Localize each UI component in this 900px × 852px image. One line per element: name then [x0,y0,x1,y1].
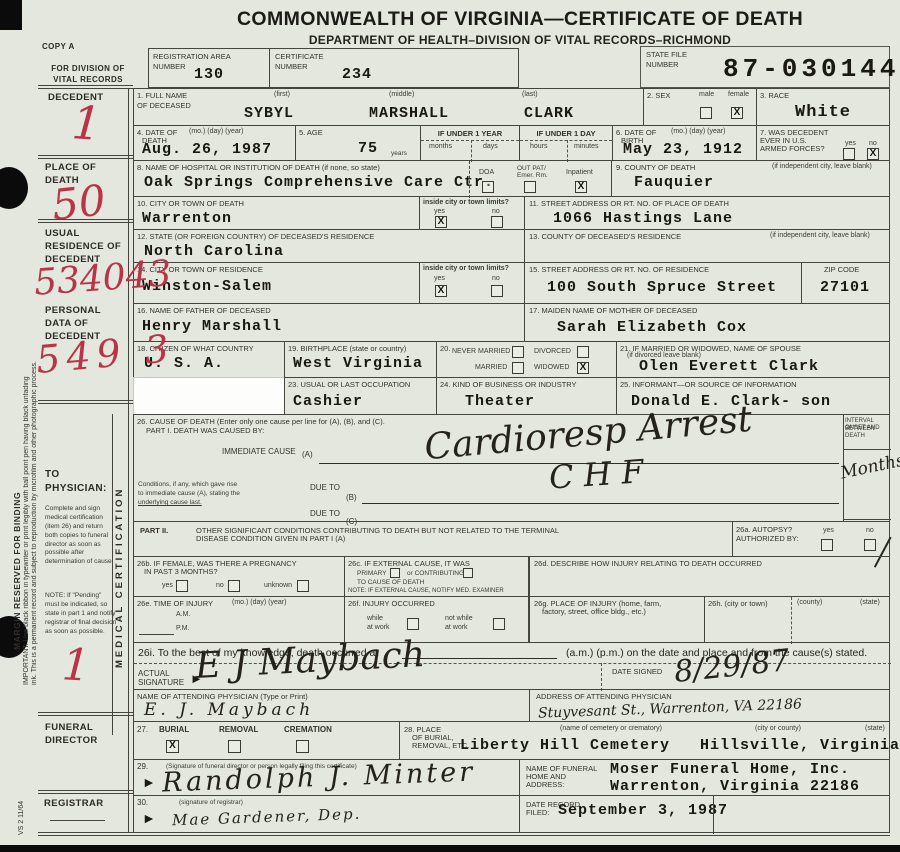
field-label: ADDRESS OF ATTENDING PHYSICIAN [536,692,672,702]
field-label: 26e. TIME OF INJURY [137,599,213,609]
field-funeral-home: NAME OF FUNERAL HOME AND ADDRESS: Moser … [519,759,890,796]
sidebar-to-physician: TO PHYSICIAN: [45,468,115,495]
field-sex: 2. SEX male female X [643,88,757,126]
field-race: 3. RACE White [756,88,890,126]
sublabel-at-work: at work [367,624,390,632]
page-title: COMMONWEALTH OF VIRGINIA—CERTIFICATE OF … [150,8,890,31]
value-birthplace: West Virginia [293,355,423,372]
check-mark: X [868,148,878,159]
divider [38,219,133,223]
checkbox-yes-checked: X [435,285,447,297]
state-file-value: 87-030144 [723,54,899,84]
checkbox-divorced [577,346,589,358]
divider [38,85,133,89]
field-label-2: factory, street, office bldg., etc.) [542,607,646,617]
field-label: 16. NAME OF FATHER OF DECEASED [137,306,271,316]
blank-line [402,658,557,659]
field-blank-whited-out [133,377,285,415]
sublabel-limits: inside city or town limits? [423,265,509,273]
checkbox-doa [482,181,494,193]
value-industry: Theater [465,393,535,410]
value-first-name: SYBYL [244,105,294,122]
field-label: 19. BIRTHPLACE (state or country) [288,344,406,354]
field-place-of-burial: 28. PLACE OF BURIAL, REMOVAL, ETC. (name… [399,721,890,760]
value-date-of-death: Aug. 26, 1987 [142,141,272,158]
field-full-name: 1. FULL NAME OF DECEASED (first) (middle… [133,88,644,126]
sublabel-state: (state) [865,725,885,733]
sublabel-cremation: CREMATION [284,725,332,735]
field-label: 11. STREET ADDRESS OR RT. NO. OF PLACE O… [529,199,729,209]
sublabel-unknown: unknown [264,582,292,590]
sublabel-while: while [367,615,383,623]
conditions-note-1: Conditions, if any, which gave rise [138,481,288,490]
divider [421,140,519,141]
field-label: 1. FULL NAME OF DECEASED [137,91,199,111]
sublabel-widowed: WIDOWED [534,364,569,372]
field-if-under-1-day: IF UNDER 1 DAY hours minutes [519,125,613,161]
field-street-of-residence: 15. STREET ADDRESS OR RT. NO. OF RESIDEN… [524,262,802,304]
label-signature: SIGNATURE [138,678,184,688]
field-date-of-birth: 6. DATE OF (mo.) (day) (year) BIRTH May … [612,125,757,161]
field-armed-forces: 7. WAS DECEDENT EVER IN U.S. ARMED FORCE… [756,125,890,161]
field-state-of-residence: 12. STATE (OR FOREIGN COUNTRY) OF DECEAS… [133,229,525,263]
divider [844,449,891,450]
field-injury-location: 26h. (city or town) (county) (state) [704,596,890,643]
checkbox-outpatient [524,181,536,193]
sublabel-minutes: minutes [574,143,599,151]
field-county-of-death: 9. COUNTY OF DEATH (if independent city,… [611,160,890,197]
value-spouse: Olen Everett Clark [639,358,819,375]
field-label-3: ADDRESS: [526,780,564,790]
checkbox-yes [176,580,188,592]
sublabel-am: A.M. [176,611,190,619]
label-due-to-2: DUE TO [310,509,340,519]
scan-edge-bar [0,845,900,852]
label-interval-2: ONSET AND DEATH [845,424,890,440]
field-occupation: 23. USUAL OR LAST OCCUPATION Cashier [284,377,437,415]
checkbox-female-checked: X [731,107,743,119]
sublabel-months: months [429,143,452,151]
value-zip: 27101 [820,279,870,296]
sublabel-years: years [391,150,407,158]
sublabel-city-county: (city or county) [755,725,801,733]
sublabel-doa: DOA [479,169,494,177]
sublabel-removal: REMOVAL [219,725,258,735]
medcert-strip-line [112,414,113,735]
death-certificate-scan: COMMONWEALTH OF VIRGINIA—CERTIFICATE OF … [0,0,900,852]
field-zip: ZIP CODE 27101 [801,262,890,304]
check-mark: X [576,181,586,192]
part-2-text-2: DISEASE CONDITION GIVEN IN PART I (A) [196,534,345,544]
value-mother-name: Sarah Elizabeth Cox [557,319,747,336]
checkbox-contributing [463,568,473,578]
label-immediate-cause: IMMEDIATE CAUSE [222,447,296,457]
sublabel-never-married: NEVER MARRIED [452,348,510,356]
sublabel-female: female [728,91,749,99]
blank-line [139,634,174,635]
header-under-1-year: IF UNDER 1 YEAR [421,129,519,139]
field-label: 29. [137,762,148,772]
sublabel-inpatient: Inpatient [566,169,593,177]
handwriting-registrar: Mae Gardener, Dep. [172,805,362,830]
field-pregnancy: 26b. IF FEMALE, WAS THERE A PREGNANCY IN… [133,556,345,597]
field-label-2: IN PAST 3 MONTHS? [144,567,218,577]
field-industry: 24. KIND OF BUSINESS OR INDUSTRY Theater [436,377,617,415]
field-age: 5. AGE 75 years [295,125,421,161]
field-time-of-injury: 26e. TIME OF INJURY (mo.) (day) (year) A… [133,596,345,643]
field-birthplace: 19. BIRTHPLACE (state or country) West V… [284,341,437,378]
sublabel-at-work-2: at work [445,624,468,632]
check-mark: X [732,107,742,118]
value-city-of-death: Warrenton [142,210,232,227]
divider [601,663,602,691]
page-subtitle: DEPARTMENT OF HEALTH–DIVISION OF VITAL R… [150,33,890,47]
divider [38,155,133,159]
value-date-filed: September 3, 1987 [558,802,728,819]
label-date-signed: DATE SIGNED [612,667,662,677]
value-middle-name: MARSHALL [369,105,449,122]
registrar-underline [50,820,105,821]
label-due-to: DUE TO [310,483,340,493]
arrow-icon: ► [142,774,156,790]
medical-certification-label: MEDICAL CERTIFICATION [114,425,125,730]
checkbox-unknown [297,580,309,592]
field-death-city-limits: inside city or town limits? yes no X [419,196,525,230]
handwriting-physician-name: E. J. Maybach [144,700,314,720]
margin-binding-text: MARGIN RESERVED FOR BINDING [12,170,22,650]
value-burial-city: Hillsville, Virginia [700,737,900,754]
sidebar-funeral-director: FUNERAL DIRECTOR [45,722,115,748]
field-spouse: 21. IF MARRIED OR WIDOWED, NAME OF SPOUS… [616,341,890,378]
checkbox-inpatient-checked: X [575,181,587,193]
field-label: 26c. IF EXTERNAL CAUSE, IT WAS [348,559,470,569]
field-physician-address: ADDRESS OF ATTENDING PHYSICIAN Stuyvesan… [529,689,890,722]
field-date-of-death: 4. DATE OF (mo.) (day) (year) DEATH Aug.… [133,125,296,161]
margin-important-text-2: ink. This is a permanent record and subj… [31,145,38,685]
field-mother-name: 17. MAIDEN NAME OF MOTHER OF DECEASED Sa… [524,303,890,342]
divider [471,140,472,162]
sublabel-yes: yes [162,582,173,590]
sublabel-county: (county) [797,599,822,607]
check-mark: X [167,740,178,751]
state-file-label: STATE FILE NUMBER [646,50,706,70]
conditions-note-3: underlying cause last. [138,499,288,508]
value-cemetery: Liberty Hill Cemetery [460,737,670,754]
field-attending-physician: NAME OF ATTENDING PHYSICIAN (Type or Pri… [133,689,530,722]
red-mark-decedent: 1 [70,95,103,151]
field-label: 24. KIND OF BUSINESS OR INDUSTRY [440,380,577,390]
checkbox-no-checked: X [867,148,879,160]
field-if-under-1-year: IF UNDER 1 YEAR months days [420,125,520,161]
divider [713,796,714,834]
sublabel-note: (if independent city, leave blank) [772,163,872,171]
sublabel-not-while: not while [445,615,473,623]
sublabel-first: (first) [274,91,290,99]
checkbox-no [228,580,240,592]
field-label: ZIP CODE [824,265,859,275]
sublabel-hours: hours [530,143,548,151]
checkbox-burial-checked: X [166,740,179,753]
sublabel-middle: (middle) [389,91,414,99]
copy-for-label: FOR DIVISION OF VITAL RECORDS [46,64,130,86]
field-cause-of-death: 26. CAUSE OF DEATH (Enter only one cause… [133,414,844,522]
sublabel-no: no [216,582,224,590]
value-race: White [795,103,851,122]
field-father-name: 16. NAME OF FATHER OF DECEASED Henry Mar… [133,303,525,342]
checkbox-while-at-work [407,618,419,630]
field-date-filed: DATE RECORD FILED: September 3, 1987 [519,795,890,833]
value-county-of-death: Fauquier [634,174,714,191]
field-label: 10. CITY OR TOWN OF DEATH [137,199,244,209]
field-city-of-death: 10. CITY OR TOWN OF DEATH Warrenton [133,196,420,230]
physician-note: Complete and sign medical certification … [45,505,117,567]
field-street-of-death: 11. STREET ADDRESS OR RT. NO. OF PLACE O… [524,196,890,230]
sublabel-no: no [492,275,500,283]
value-street-of-death: 1066 Hastings Lane [553,210,733,227]
value-date-of-birth: May 23, 1912 [623,141,743,158]
certificate-label: CERTIFICATE NUMBER [275,52,345,72]
divider [791,597,792,644]
form-code: VS 2 11/64 [18,775,25,835]
field-external-cause: 26c. IF EXTERNAL CAUSE, IT WAS PRIMARY o… [344,556,529,597]
label-part-2: PART II. [140,526,168,536]
divider [38,790,133,794]
field-label: 8. NAME OF HOSPITAL OR INSTITUTION OF DE… [137,163,380,173]
field-label: 9. COUNTY OF DEATH [616,163,695,173]
sublabel-yes: yes [823,527,834,535]
sublabel-burial: BURIAL [159,725,189,735]
sublabel-married: MARRIED [475,364,507,372]
value-funeral-home: Moser Funeral Home, Inc. [610,761,850,778]
divider [38,400,133,404]
sublabel-state: (state) [860,599,880,607]
checkbox-married [512,362,524,374]
sublabel-divorced: DIVORCED [534,348,571,356]
sublabel-note: (if independent city, leave blank) [770,232,870,240]
handwriting-interval: Months [839,450,900,483]
field-label: 13. COUNTY OF DECEASED'S RESIDENCE [529,232,681,242]
checkbox-yes [821,539,833,551]
checkbox-never-married [512,346,524,358]
physician-note-2: NOTE: If "Pending" must be indicated, so… [45,592,117,636]
checkbox-removal [228,740,241,753]
sublabel-last: (last) [522,91,538,99]
field-city-of-residence: 14. CITY OR TOWN OF RESIDENCE Winston-Sa… [133,262,420,304]
arrow-icon: ► [142,810,156,826]
sublabel-outpat-2: Emer. Rm. [517,172,548,180]
field-label: 20. [440,344,450,354]
field-registrar-signature: 30. (signature of registrar) ► Mae Garde… [133,795,520,833]
checkbox-primary [390,568,400,578]
scan-corner-mark [0,0,22,30]
sublabel-contributing: or CONTRIBUTING [407,570,464,578]
field-residence-city-limits: inside city or town limits? yes no X [419,262,525,304]
sublabel-units: (mo.) (day) (year) [232,599,286,607]
check-mark: X [436,285,446,296]
field-funeral-director-signature: 29. (Signature of funeral director or pe… [133,759,520,796]
value-hospital: Oak Springs Comprehensive Care Ctr. [144,174,494,191]
divider [520,140,612,141]
check-mark: X [436,216,446,227]
sublabel-units: (mo.) (day) (year) [189,128,243,136]
sublabel-signature: (signature of registrar) [179,799,243,807]
checkbox-yes-checked: X [435,216,447,228]
field-label: 25. INFORMANT—OR SOURCE OF INFORMATION [620,380,797,390]
field-label: 26d. DESCRIBE HOW INJURY RELATING TO DEA… [534,559,762,569]
header-under-1-day: IF UNDER 1 DAY [520,129,612,139]
value-last-name: CLARK [524,105,574,122]
sublabel-days: days [483,143,498,151]
sidebar-double-line [128,88,129,833]
checkbox-widowed-checked: X [577,362,589,374]
sublabel-limits: inside city or town limits? [423,199,509,207]
registration-value: 130 [194,66,224,83]
field-label-3: ARMED FORCES? [760,144,825,154]
registration-area-box: REGISTRATION AREA NUMBER 130 [148,48,270,88]
sublabel-male: male [699,91,714,99]
field-interval: INTERVAL BETWEEN ONSET AND DEATH Months [843,414,890,522]
copy-label: COPY A [42,42,75,53]
value-age: 75 [358,140,378,157]
sublabel-cemetery: (name of cemetery or crematory) [560,725,662,733]
margin-important-text-1: IMPORTANT: Use black ribbon in typewrite… [23,145,30,685]
field-label: 26h. (city or town) [708,599,768,609]
field-part-2: PART II. OTHER SIGNIFICANT CONDITIONS CO… [133,521,733,557]
field-county-of-residence: 13. COUNTY OF DECEASED'S RESIDENCE (if i… [524,229,890,263]
divider [567,140,568,162]
handwriting-due-to-b: CHF [548,451,655,496]
field-hospital: 8. NAME OF HOSPITAL OR INSTITUTION OF DE… [133,160,612,197]
state-file-box: STATE FILE NUMBER 87-030144 [640,46,890,88]
field-label: 30. [137,798,148,808]
field-label: 15. STREET ADDRESS OR RT. NO. OF RESIDEN… [529,265,709,275]
check-mark: X [578,362,588,373]
sublabel-pm: P.M. [176,625,190,633]
checkbox-yes [843,148,855,160]
divider [469,161,470,198]
checkbox-male [700,107,712,119]
field-label-2: FILED: [526,808,549,818]
field-how-injury-occurred: 26d. DESCRIBE HOW INJURY RELATING TO DEA… [529,556,890,597]
sublabel-units: (mo.) (day) (year) [671,128,725,136]
field-label: 17. MAIDEN NAME OF MOTHER OF DECEASED [529,306,697,316]
field-marital-status: 20. NEVER MARRIED DIVORCED MARRIED WIDOW… [436,341,617,378]
field-label: 23. USUAL OR LAST OCCUPATION [288,380,410,390]
red-mark-physician: 1 [61,639,92,691]
field-label: 26f. INJURY OCCURRED [348,599,435,609]
sublabel-primary: PRIMARY [357,570,387,578]
field-disposition: 27. BURIAL REMOVAL CREMATION X [133,721,400,760]
value-street-of-residence: 100 South Spruce Street [547,279,777,296]
sublabel-yes: yes [434,275,445,283]
checkbox-not-while-at-work [493,618,505,630]
sublabel-notify-examiner: NOTE: IF EXTERNAL CAUSE, NOTIFY MED. EXA… [348,588,504,595]
divider [844,519,891,520]
value-funeral-home-city: Warrenton, Virginia 22186 [610,778,860,795]
checkbox-no [491,216,503,228]
label-line-b: (B) [346,493,357,503]
field-label: 2. SEX [647,91,670,101]
value-occupation: Cashier [293,393,363,410]
label-line-a: (A) [302,450,313,460]
field-label: 5. AGE [299,128,323,138]
conditions-note-2: to immediate cause (A), stating the [138,490,288,499]
checkbox-no [491,285,503,297]
field-autopsy: 26a. AUTOPSY? AUTHORIZED BY: yes no [732,521,890,557]
certificate-number-box: CERTIFICATE NUMBER 234 [269,48,519,88]
field-label: 3. RACE [760,91,789,101]
field-place-of-injury: 26g. PLACE OF INJURY (home, farm, factor… [529,596,705,643]
field-label: 27. [137,725,148,735]
field-label: 12. STATE (OR FOREIGN COUNTRY) OF DECEAS… [137,232,374,242]
field-label-2: AUTHORIZED BY: [736,534,799,544]
checkbox-cremation [296,740,309,753]
field-label-2: PART I. DEATH WAS CAUSED BY: [146,426,264,436]
certificate-value: 234 [342,66,372,83]
line-b-rule [362,503,839,504]
sidebar-registrar: REGISTRAR [44,798,104,811]
sublabel-to-cause: TO CAUSE OF DEATH [357,579,424,587]
